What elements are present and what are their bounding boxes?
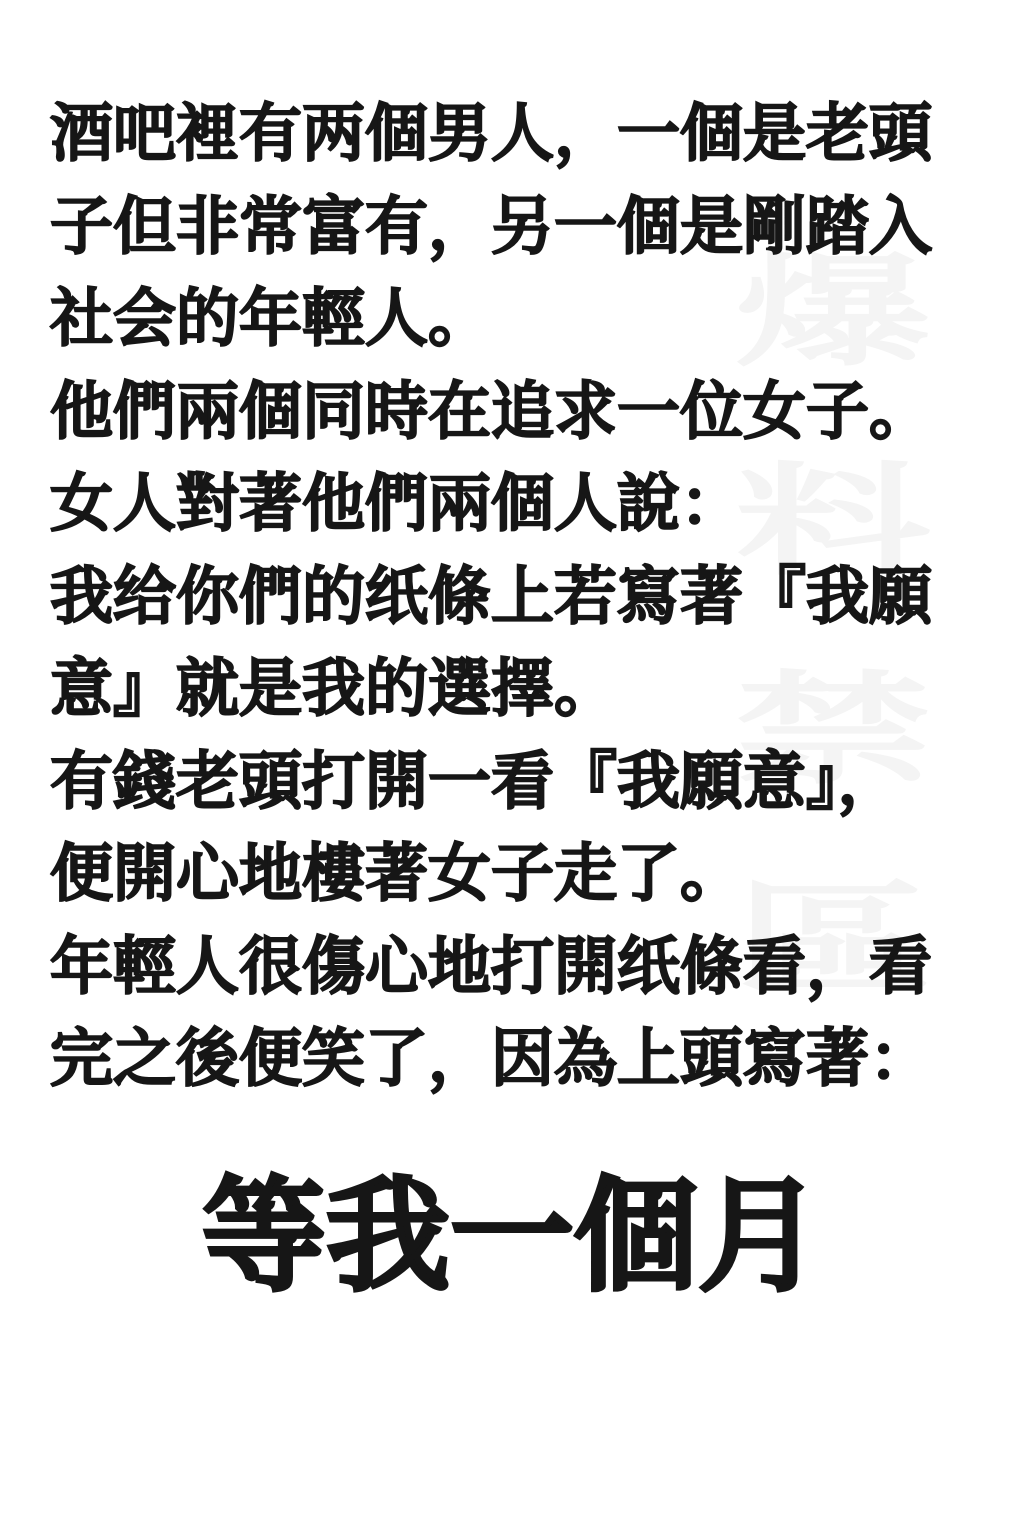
punchline-text: 等我一個月 [0, 1162, 1024, 1312]
story-line-8: 有錢老頭打開一看『我願意』， [50, 736, 1000, 829]
story-line-11: 完之後便笑了，因為上頭寫著： [50, 1013, 1000, 1106]
meme-page: 爆 料 禁 區 酒吧裡有两個男人，一個是老頭 子但非常富有，另一個是剛踏入 社会… [0, 0, 1024, 1536]
story-line-10: 年輕人很傷心地打開纸條看，看 [50, 921, 1000, 1014]
story-line-5: 女人對著他們兩個人說： [50, 458, 1000, 551]
story-line-2: 子但非常富有，另一個是剛踏入 [50, 181, 1000, 274]
story-line-4: 他們兩個同時在追求一位女子。 [50, 366, 1000, 459]
story-line-3: 社会的年輕人。 [50, 273, 1000, 366]
story-line-1: 酒吧裡有两個男人，一個是老頭 [50, 88, 1000, 181]
story-line-9: 便開心地樓著女子走了。 [50, 828, 1000, 921]
story-text: 酒吧裡有两個男人，一個是老頭 子但非常富有，另一個是剛踏入 社会的年輕人。 他們… [50, 88, 1000, 1106]
story-line-6: 我给你們的纸條上若寫著『我願 [50, 551, 1000, 644]
story-line-7: 意』就是我的選擇。 [50, 643, 1000, 736]
